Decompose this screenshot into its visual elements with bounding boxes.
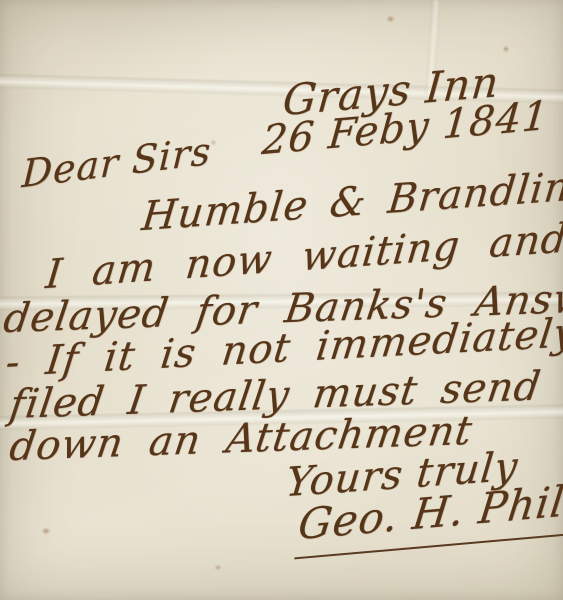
foxing-spot <box>212 141 215 144</box>
letter-salutation: Dear Sirs <box>21 128 213 196</box>
foxing-spot <box>216 566 220 569</box>
foxing-spot <box>388 17 393 21</box>
letter-paper: Grays Inn 26 Feby 1841 Dear Sirs Humble … <box>0 0 563 600</box>
foxing-spot <box>43 529 49 533</box>
foxing-spot <box>504 47 508 51</box>
